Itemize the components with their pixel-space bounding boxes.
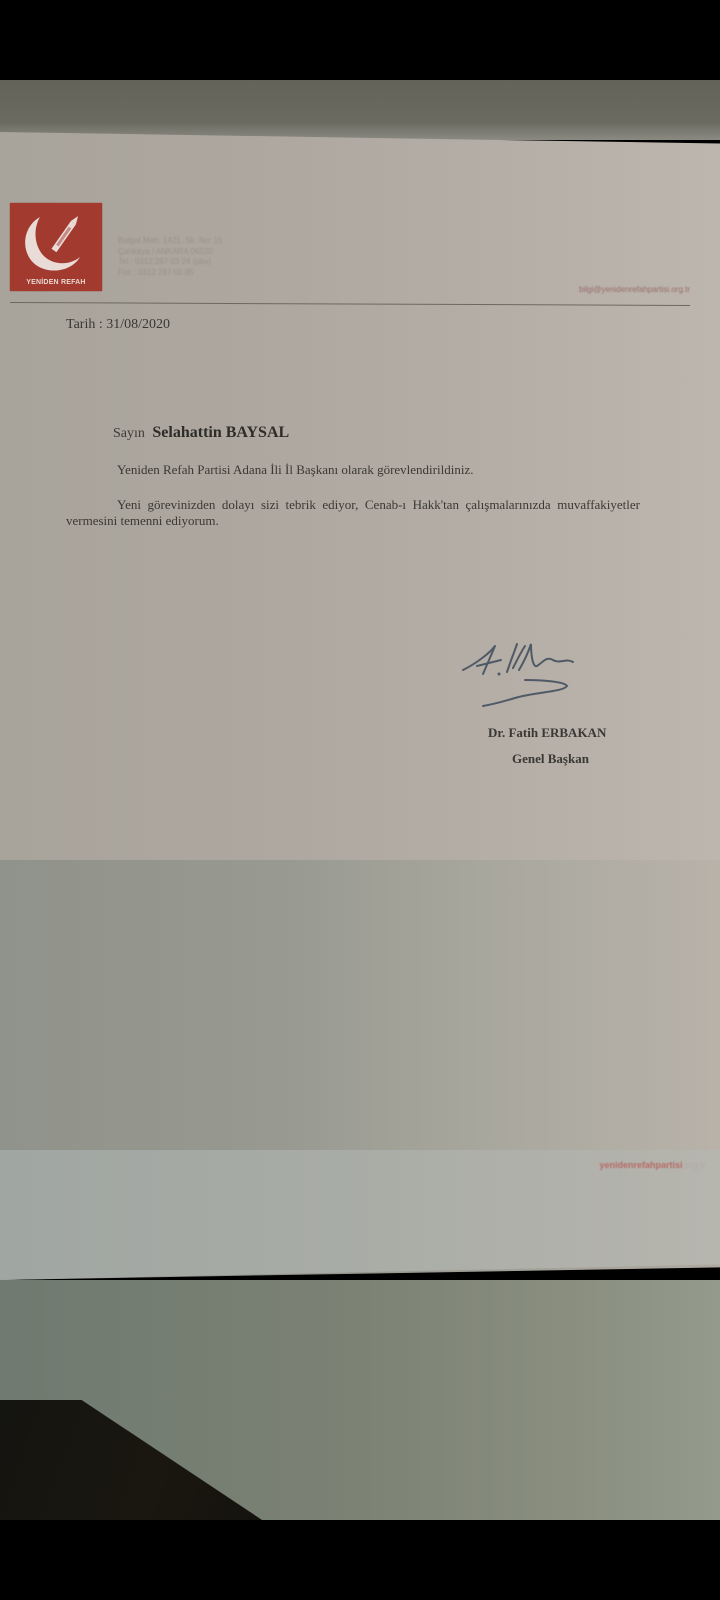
letter-date: Tarih : 31/08/2020 (66, 317, 170, 333)
footer-website-tld: .org.tr (682, 1160, 706, 1170)
signatory-name: Dr. Fatih ERBAKAN (488, 725, 606, 741)
date-label: Tarih : (66, 317, 103, 332)
signatory-title: Genel Başkan (512, 751, 589, 767)
body-paragraph-2: Yeni görevinizden dolayı sizi tebrik edi… (66, 497, 640, 529)
address-line: Çankaya / ANKARA 06520 (118, 247, 223, 258)
top-black-bar (0, 0, 720, 80)
footer-website-main: yenidenrefahpartisi (599, 1160, 682, 1170)
footer-website: yenidenrefahpartisi.org.tr (599, 1160, 706, 1170)
phone-line: Tel : 0312 287 03 24 (pbx) (118, 257, 223, 268)
fax-line: Fax : 0312 287 00 85 (118, 268, 223, 279)
background-surface-top (0, 80, 720, 140)
letterhead-email: bilgi@yenidenrefahpartisi.org.tr (579, 285, 690, 294)
address-line: Balgat Mah. 1421. Sk. No: 15 (118, 236, 223, 247)
salutation-prefix: Sayın (113, 426, 145, 441)
body-paragraph-1: Yeniden Refah Partisi Adana İli İl Başka… (117, 462, 473, 478)
salutation: Sayın Selahattin BAYSAL (113, 424, 289, 442)
date-value: 31/08/2020 (106, 317, 170, 332)
party-logo: YENİDEN REFAH (10, 203, 102, 291)
handwritten-signature-icon (455, 630, 585, 715)
recipient-name: Selahattin BAYSAL (152, 424, 289, 441)
letterhead-address: Balgat Mah. 1421. Sk. No: 15 Çankaya / A… (118, 236, 223, 278)
logo-text: YENİDEN REFAH (10, 279, 102, 286)
crescent-minaret-icon (10, 203, 102, 291)
bottom-black-bar (0, 1520, 720, 1600)
